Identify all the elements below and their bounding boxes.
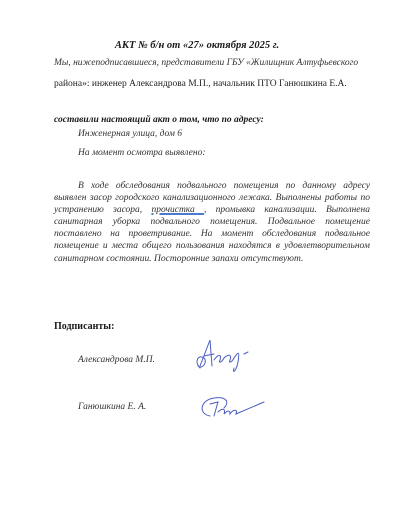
- signature-2-icon: [196, 388, 266, 424]
- signer-name-2: Ганюшкина Е. А.: [78, 402, 146, 412]
- spellcheck-flagged-word[interactable]: прочистка: [151, 205, 204, 215]
- statement-heading: составили настоящий акт о том, что по ад…: [54, 115, 264, 125]
- act-title: АКТ № б/н от «27» октября 2025 г.: [0, 40, 394, 51]
- intro-line-1: Мы, нижеподписавшиеся, представители ГБУ…: [54, 58, 358, 68]
- signers-heading: Подписанты:: [54, 321, 114, 332]
- found-label: На момент осмотра выявлено:: [78, 148, 206, 158]
- inspection-findings-paragraph: В ходе обследования подвального помещени…: [54, 180, 370, 265]
- signer-name-1: Александрова М.П.: [78, 355, 155, 365]
- intro-line-2: района»: инженер Александрова М.П., нача…: [54, 79, 347, 89]
- address: Инженерная улица, дом 6: [78, 129, 182, 139]
- signature-1-icon: [192, 332, 262, 377]
